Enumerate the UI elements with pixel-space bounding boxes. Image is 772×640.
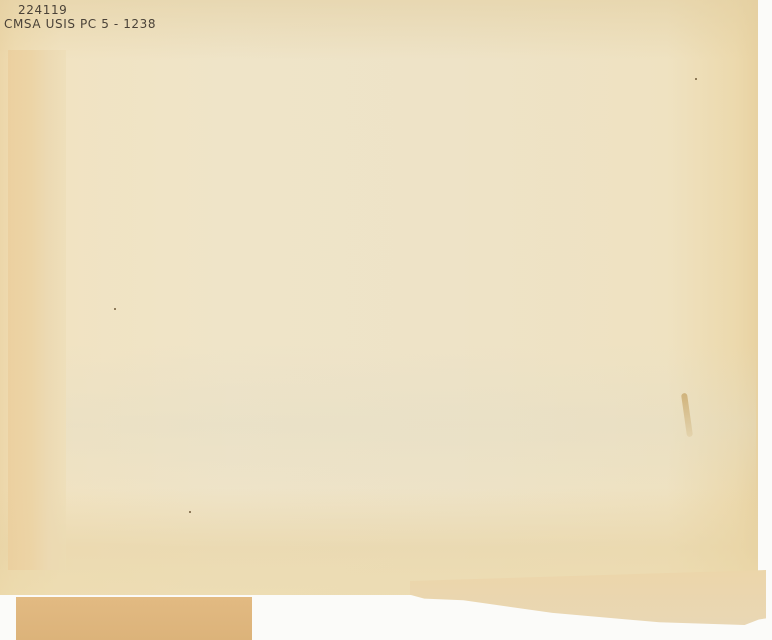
left-yellowed-strip xyxy=(8,50,66,570)
accession-number: 224119 xyxy=(18,3,156,17)
speck xyxy=(114,308,116,310)
faint-horizontal-band xyxy=(66,345,756,505)
speck xyxy=(189,511,191,513)
speck xyxy=(695,78,697,80)
paper-sheet xyxy=(0,0,758,595)
catalog-reference: CMSA USIS PC 5 - 1238 xyxy=(4,17,156,31)
bottom-tab-strip xyxy=(16,597,252,640)
handwritten-annotation: 224119 CMSA USIS PC 5 - 1238 xyxy=(4,3,156,31)
